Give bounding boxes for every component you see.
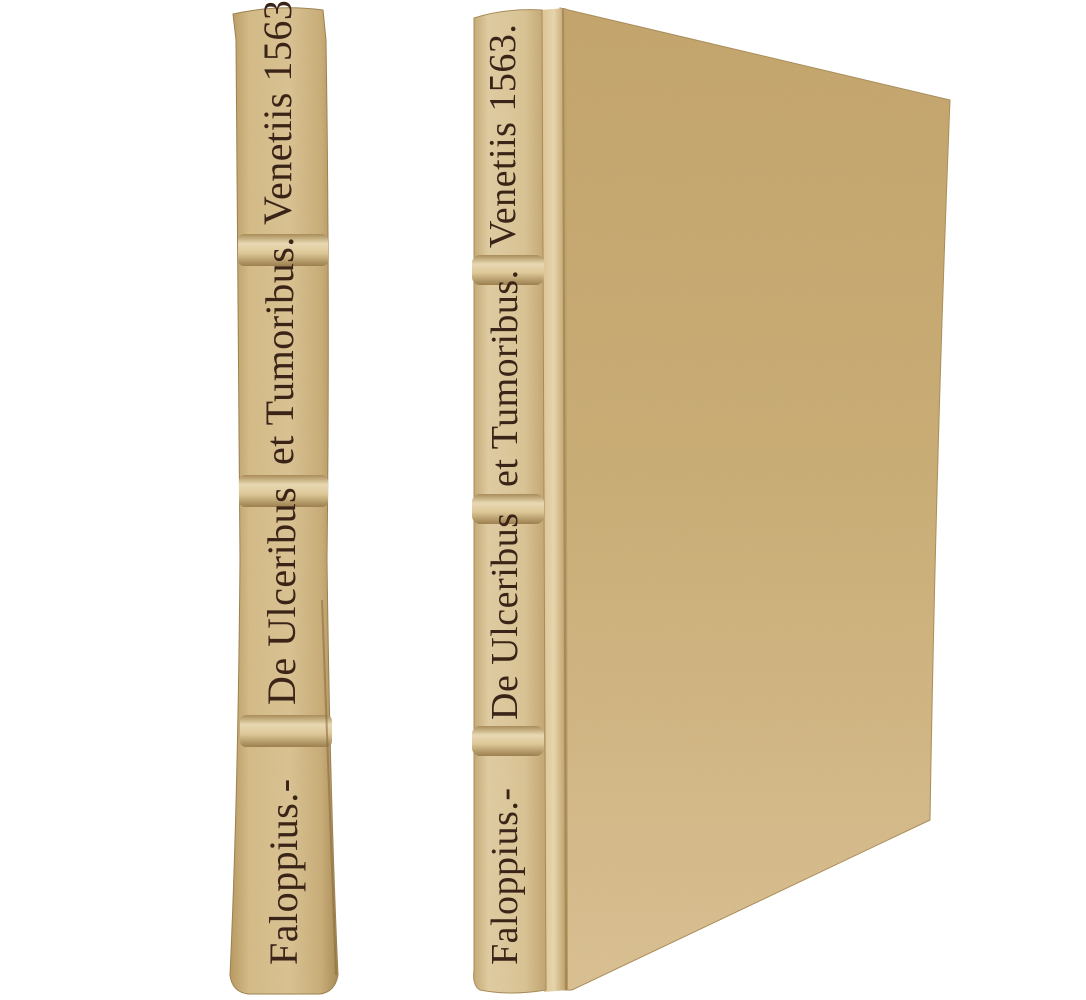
right-spine-label-place-date: Venetiis 1563. xyxy=(484,24,522,248)
books-illustration xyxy=(0,0,1086,1000)
left-spine-label-title-part1: De Ulceribus xyxy=(262,487,302,705)
book-photo-scene: Venetiis 1563. et Tumoribus. De Ulceribu… xyxy=(0,0,1086,1000)
left-spine-label-title-part2: et Tumoribus. xyxy=(260,236,300,465)
right-book xyxy=(472,8,950,993)
left-spine-label-place-date: Venetiis 1563. xyxy=(258,0,298,225)
left-spine-label-author: Faloppius.- xyxy=(264,778,304,965)
right-raised-band-3 xyxy=(472,726,544,756)
right-spine-label-title-part2: et Tumoribus. xyxy=(486,269,524,487)
right-spine-label-title-part1: De Ulceribus xyxy=(486,512,524,720)
right-spine-label-author: Faloppius.- xyxy=(486,787,524,965)
left-raised-band-3 xyxy=(240,715,332,747)
